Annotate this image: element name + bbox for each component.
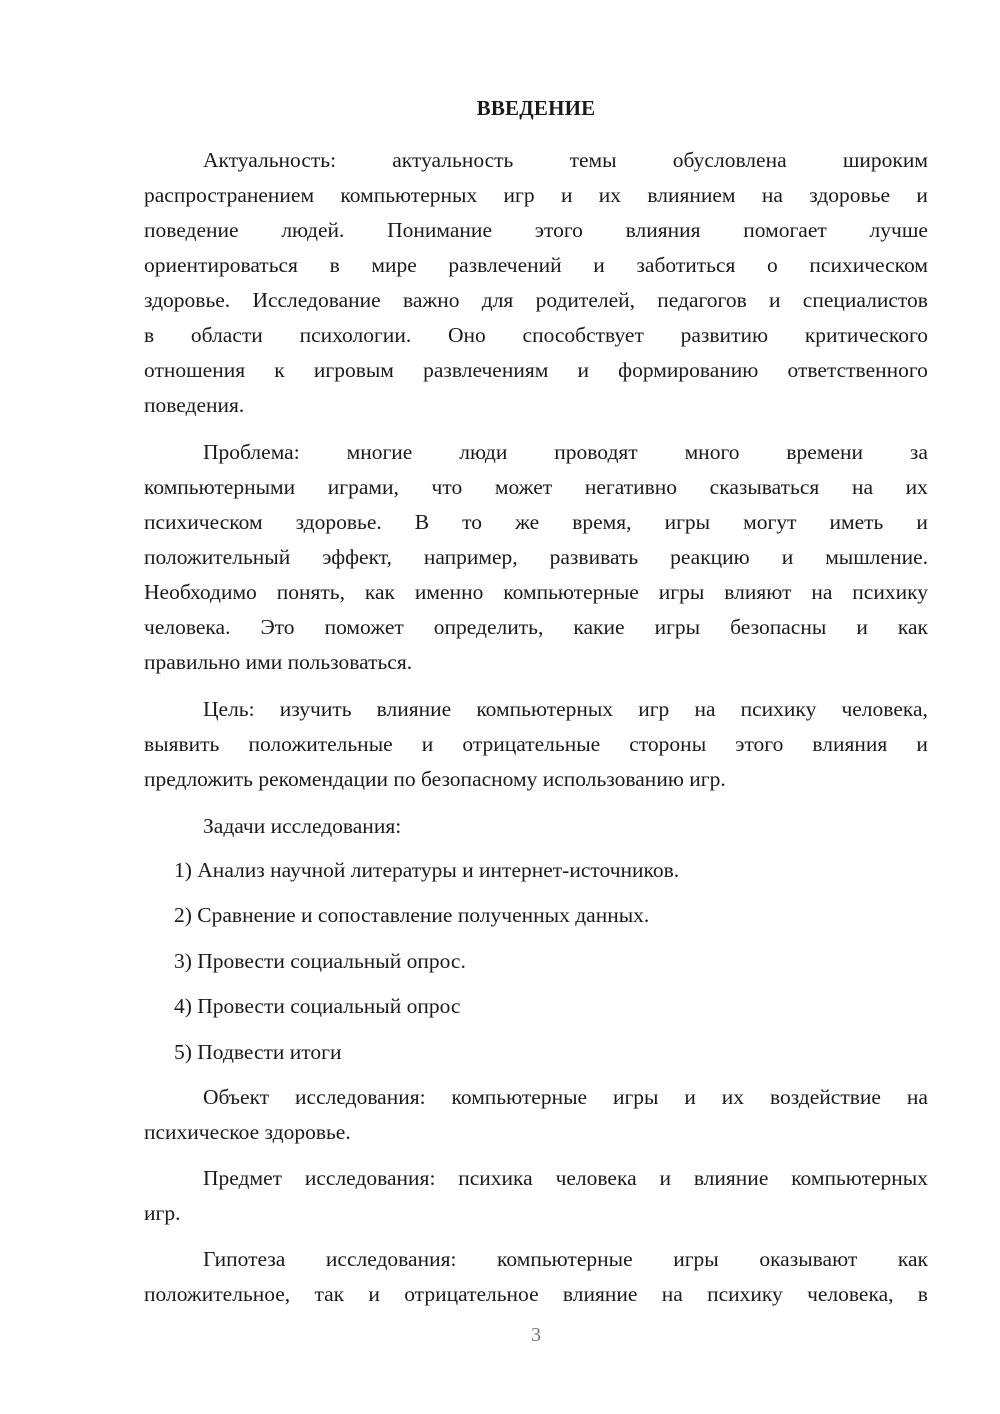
- word: безопасны: [730, 612, 826, 642]
- text-line: отношениякигровымразвлечениямиформирован…: [144, 355, 928, 385]
- word: игр: [504, 180, 535, 210]
- word: на: [907, 1082, 928, 1112]
- word: человека.: [144, 612, 230, 642]
- word: как: [365, 577, 395, 607]
- text-line: положительныйэффект,например,развиватьре…: [144, 542, 928, 572]
- word: критического: [805, 320, 928, 350]
- word: оказывают: [759, 1244, 857, 1274]
- word: исследования:: [326, 1244, 457, 1274]
- word: лучше: [870, 215, 928, 245]
- word: время,: [572, 507, 631, 537]
- word: положительный: [144, 542, 290, 572]
- text-line: Проблема:многиелюдипроводятмноговремениз…: [203, 437, 928, 467]
- word: здоровье.: [144, 285, 230, 315]
- word: за: [910, 437, 928, 467]
- word: этого: [735, 729, 783, 759]
- text-line: Необходимопонять,какименнокомпьютерныеиг…: [144, 577, 928, 607]
- word: людей.: [281, 215, 344, 245]
- word: стороны: [629, 729, 706, 759]
- word: к: [274, 355, 284, 385]
- word: компьютерными: [144, 472, 295, 502]
- word: на: [852, 472, 873, 502]
- text-line: Цель:изучитьвлияниекомпьютерныхигрнапсих…: [203, 694, 928, 724]
- word: компьютерных: [476, 694, 613, 724]
- word: влияния: [626, 215, 701, 245]
- word: формированию: [618, 355, 758, 385]
- word: и: [561, 180, 573, 210]
- tasks-heading: Задачи исследования:: [203, 811, 928, 841]
- word: и: [916, 729, 928, 759]
- word: в: [330, 250, 340, 280]
- word: Актуальность:: [203, 145, 336, 175]
- text-line: поведениелюдей.Пониманиеэтоговлиянияпомо…: [144, 215, 928, 245]
- word: на: [694, 694, 715, 724]
- word: заботиться: [636, 250, 735, 280]
- word: их: [906, 472, 928, 502]
- word: в: [144, 320, 154, 350]
- page-number: 3: [0, 1324, 1000, 1347]
- word: широким: [843, 145, 928, 175]
- word: ориентироваться: [144, 250, 298, 280]
- text-line: психическомздоровье.Втожевремя,игрымогут…: [144, 507, 928, 537]
- word: компьютерных: [791, 1163, 928, 1193]
- word: на: [662, 1279, 683, 1309]
- word: важно: [403, 285, 460, 315]
- word: выявить: [144, 729, 219, 759]
- word: способствует: [523, 320, 644, 350]
- word: психическом: [809, 250, 928, 280]
- text-line: психическое здоровье.: [144, 1117, 928, 1147]
- task-item: 4) Провести социальный опрос: [174, 991, 928, 1021]
- word: негативно: [585, 472, 677, 502]
- text-line: распространениемкомпьютерныхигриихвлияни…: [144, 180, 928, 210]
- word: как: [898, 1244, 928, 1274]
- word: иметь: [830, 507, 884, 537]
- word: именно: [415, 577, 483, 607]
- word: Исследование: [252, 285, 380, 315]
- word: Это: [260, 612, 294, 642]
- word: игры: [659, 577, 705, 607]
- word: какие: [573, 612, 624, 642]
- word: отношения: [144, 355, 245, 385]
- text-line: компьютернымииграми,чтоможетнегативноска…: [144, 472, 928, 502]
- word: что: [432, 472, 463, 502]
- word: Необходимо: [144, 577, 257, 607]
- word: и: [368, 1279, 380, 1309]
- word: исследования:: [305, 1163, 436, 1193]
- word: же: [515, 507, 539, 537]
- word: влияют: [724, 577, 791, 607]
- word: например,: [424, 542, 518, 572]
- word: распространением: [144, 180, 314, 210]
- word: психику: [741, 694, 817, 724]
- word: могут: [743, 507, 796, 537]
- task-item: 1) Анализ научной литературы и интернет-…: [174, 855, 928, 885]
- word: психика: [458, 1163, 532, 1193]
- text-line: Гипотезаисследования:компьютерныеигрыока…: [203, 1244, 928, 1274]
- word: компьютерные: [452, 1082, 588, 1112]
- text-line: поведения.: [144, 390, 928, 420]
- word: Оно: [448, 320, 486, 350]
- word: эффект,: [322, 542, 392, 572]
- word: развлечений: [448, 250, 561, 280]
- word: исследования:: [295, 1082, 426, 1112]
- task-item: 5) Подвести итоги: [174, 1037, 928, 1067]
- word: положительное,: [144, 1279, 290, 1309]
- word: Понимание: [387, 215, 492, 245]
- word: и: [916, 180, 928, 210]
- word: понять,: [277, 577, 345, 607]
- word: Объект: [203, 1082, 269, 1112]
- word: психику: [707, 1279, 783, 1309]
- word: игры: [665, 507, 711, 537]
- word: реакцию: [670, 542, 750, 572]
- word: как: [898, 612, 928, 642]
- word: и: [593, 250, 605, 280]
- word: влияние: [377, 694, 452, 724]
- word: Предмет: [203, 1163, 282, 1193]
- word: изучить: [280, 694, 352, 724]
- word: может: [495, 472, 552, 502]
- word: влияние: [563, 1279, 638, 1309]
- word: многие: [347, 437, 413, 467]
- word: для: [482, 285, 514, 315]
- word: поможет: [325, 612, 404, 642]
- section-title: ВВЕДЕНИЕ: [0, 96, 1000, 121]
- word: этого: [535, 215, 583, 245]
- word: развлечениям: [423, 355, 548, 385]
- word: и: [422, 729, 434, 759]
- word: В: [415, 507, 429, 537]
- task-item: 3) Провести социальный опрос.: [174, 946, 928, 976]
- word: воздействие: [770, 1082, 881, 1112]
- word: их: [722, 1082, 744, 1112]
- text-line: правильно ими пользоваться.: [144, 647, 928, 677]
- word: сказываться: [710, 472, 820, 502]
- word: и: [659, 1163, 671, 1193]
- word: и: [916, 507, 928, 537]
- word: Цель:: [203, 694, 255, 724]
- word: актуальность: [392, 145, 513, 175]
- word: и: [782, 542, 794, 572]
- word: много: [685, 437, 740, 467]
- word: отрицательное: [404, 1279, 538, 1309]
- word: влиянием: [647, 180, 735, 210]
- text-line: игр.: [144, 1198, 928, 1228]
- word: здоровье: [809, 180, 890, 210]
- text-line: Актуальность:актуальностьтемыобусловлена…: [203, 145, 928, 175]
- word: развивать: [550, 542, 639, 572]
- text-line: выявитьположительныеиотрицательныесторон…: [144, 729, 928, 759]
- word: отрицательные: [462, 729, 600, 759]
- word: Проблема:: [203, 437, 300, 467]
- word: компьютерные: [503, 577, 639, 607]
- word: играми,: [328, 472, 399, 502]
- word: человека,: [841, 694, 927, 724]
- word: определить,: [434, 612, 544, 642]
- word: развитию: [681, 320, 768, 350]
- text-line: человека.Этопоможетопределить,какиеигрыб…: [144, 612, 928, 642]
- word: человека,: [807, 1279, 893, 1309]
- word: психическом: [144, 507, 263, 537]
- word: и: [684, 1082, 696, 1112]
- word: о: [767, 250, 778, 280]
- word: человека: [556, 1163, 637, 1193]
- document-page: ВВЕДЕНИЕ Актуальность:актуальностьтемыоб…: [0, 0, 1000, 1414]
- text-line: положительное,такиотрицательноевлияниена…: [144, 1279, 928, 1309]
- word: проводят: [554, 437, 637, 467]
- word: мире: [371, 250, 416, 280]
- word: времени: [786, 437, 863, 467]
- word: области: [191, 320, 263, 350]
- word: то: [462, 507, 482, 537]
- text-line: предложить рекомендации по безопасному и…: [144, 764, 928, 794]
- word: влияния: [812, 729, 887, 759]
- text-line: здоровье.Исследованиеважнодляродителей,п…: [144, 285, 928, 315]
- word: на: [762, 180, 783, 210]
- word: их: [599, 180, 621, 210]
- word: специалистов: [803, 285, 928, 315]
- task-item: 2) Сравнение и сопоставление полученных …: [174, 900, 928, 930]
- word: игровым: [314, 355, 394, 385]
- word: мышление.: [825, 542, 928, 572]
- word: и: [856, 612, 868, 642]
- word: люди: [459, 437, 507, 467]
- word: психологии.: [300, 320, 412, 350]
- word: Гипотеза: [203, 1244, 285, 1274]
- text-line: Объектисследования:компьютерныеигрыиихво…: [203, 1082, 928, 1112]
- text-line: Предметисследования:психикачеловекаивлия…: [203, 1163, 928, 1193]
- word: игр: [638, 694, 669, 724]
- word: игры: [673, 1244, 719, 1274]
- word: компьютерных: [340, 180, 477, 210]
- word: игры: [613, 1082, 659, 1112]
- word: поведение: [144, 215, 239, 245]
- word: ответственного: [788, 355, 928, 385]
- word: обусловлена: [673, 145, 787, 175]
- word: и: [769, 285, 781, 315]
- word: и: [578, 355, 590, 385]
- word: на: [811, 577, 832, 607]
- word: положительные: [248, 729, 392, 759]
- word: помогает: [743, 215, 827, 245]
- word: компьютерные: [497, 1244, 633, 1274]
- word: родителей,: [536, 285, 635, 315]
- text-line: ориентироватьсявмиреразвлеченийизаботить…: [144, 250, 928, 280]
- word: педагогов: [657, 285, 746, 315]
- text-line: вобластипсихологии.Оноспособствуетразвит…: [144, 320, 928, 350]
- word: так: [314, 1279, 344, 1309]
- word: влияние: [694, 1163, 769, 1193]
- word: темы: [570, 145, 617, 175]
- word: игры: [655, 612, 701, 642]
- word: в: [918, 1279, 928, 1309]
- word: здоровье.: [296, 507, 382, 537]
- word: психику: [852, 577, 928, 607]
